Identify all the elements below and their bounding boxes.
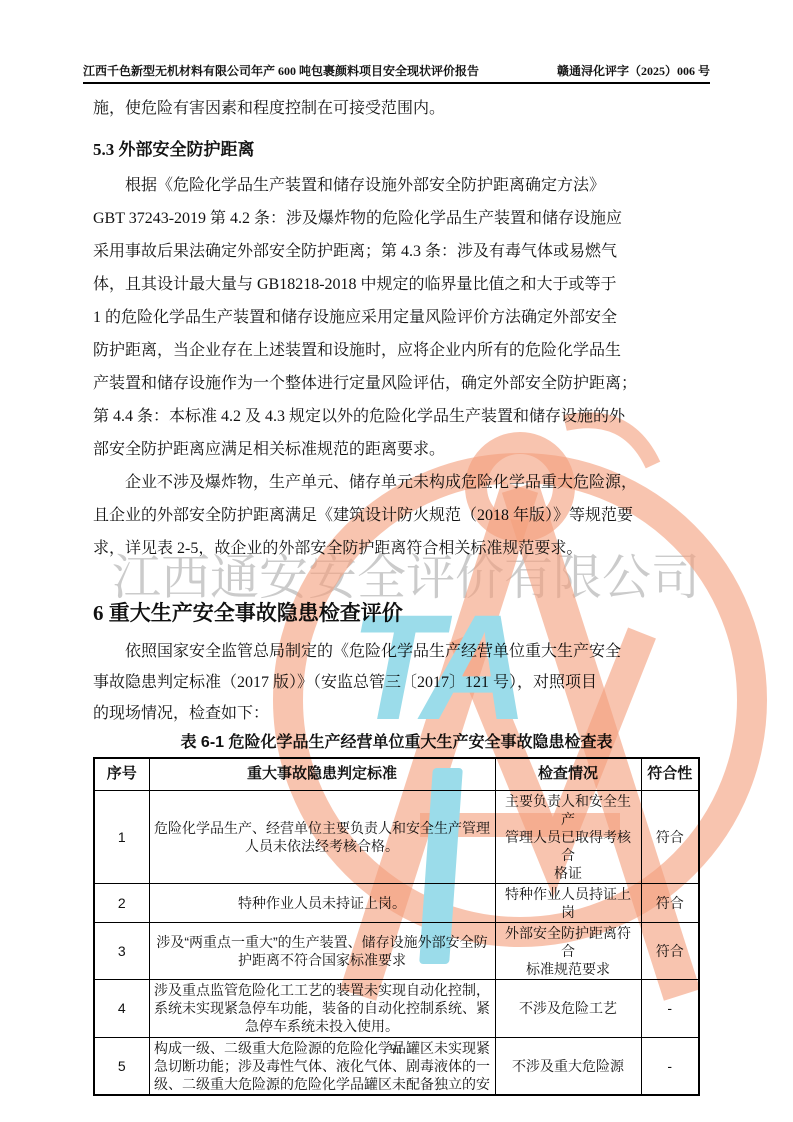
- cell-criteria: 涉及重点监管危险化工工艺的装置未实现自动化控制， 系统未实现紧急停车功能，装备的…: [149, 979, 495, 1037]
- cell-status: 主要负责人和安全生产 管理人员已取得考核合 格证: [495, 790, 641, 883]
- cell-criteria: 危险化学品生产、经营单位主要负责人和安全生产管理 人员未依法经考核合格。: [149, 790, 495, 883]
- table-row: 3 涉及“两重点一重大”的生产装置、储存设施外部安全防 护距离不符合国家标准要求…: [94, 922, 699, 979]
- page-header: 江西千色新型无机材料有限公司年产 600 吨包裹颜料项目安全现状评价报告 赣通浔…: [83, 64, 710, 84]
- table-row: 5 构成一级、二级重大危险源的危险化学品罐区未实现紧 急切断功能；涉及毒性气体、…: [94, 1037, 699, 1095]
- cell-conformity: 符合: [641, 883, 699, 922]
- cell-serial: 3: [94, 922, 149, 979]
- header-document-number: 赣通浔化评字（2025）006 号: [557, 64, 710, 79]
- cell-status: 不涉及重大危险源: [495, 1037, 641, 1095]
- section-5-3-heading: 5.3 外部安全防护距离: [93, 137, 700, 163]
- report-page: 江西千色新型无机材料有限公司年产 600 吨包裹颜料项目安全现状评价报告 赣通浔…: [0, 0, 793, 1122]
- cell-serial: 1: [94, 790, 149, 883]
- table-caption: 表 6-1 危险化学品生产经营单位重大生产安全事故隐患检查表: [93, 731, 700, 755]
- cell-serial: 2: [94, 883, 149, 922]
- paragraph-continuation: 施，使危险有害因素和程度控制在可接受范围内。: [93, 92, 700, 125]
- table-row: 4 涉及重点监管危险化工工艺的装置未实现自动化控制， 系统未实现紧急停车功能，装…: [94, 979, 699, 1037]
- cell-status: 不涉及危险工艺: [495, 979, 641, 1037]
- cell-conformity: 符合: [641, 922, 699, 979]
- col-header-status: 检查情况: [495, 758, 641, 790]
- section-5-3-paragraph-2: 企业不涉及爆炸物，生产单元、储存单元未构成危险化学品重大危险源， 且企业的外部安…: [93, 466, 700, 565]
- col-header-criteria: 重大事故隐患判定标准: [149, 758, 495, 790]
- cell-criteria: 构成一级、二级重大危险源的危险化学品罐区未实现紧 急切断功能；涉及毒性气体、液化…: [149, 1037, 495, 1095]
- table-header-row: 序号 重大事故隐患判定标准 检查情况 符合性: [94, 758, 699, 790]
- section-5-3-paragraph-1: 根据《危险化学品生产装置和储存设施外部安全防护距离确定方法》 GBT 37243…: [93, 169, 700, 466]
- hazard-check-table: 序号 重大事故隐患判定标准 检查情况 符合性 1 危险化学品生产、经营单位主要负…: [93, 757, 700, 1096]
- col-header-serial: 序号: [94, 758, 149, 790]
- table-row: 1 危险化学品生产、经营单位主要负责人和安全生产管理 人员未依法经考核合格。 主…: [94, 790, 699, 883]
- cell-conformity: -: [641, 979, 699, 1037]
- section-6-paragraph-1: 依照国家安全监管总局制定的《危险化学品生产经营单位重大生产安全 事故隐患判定标准…: [93, 636, 700, 729]
- cell-serial: 5: [94, 1037, 149, 1095]
- section-6-heading: 6 重大生产安全事故隐患检查评价: [93, 598, 700, 628]
- table-row: 2 特种作业人员未持证上岗。 特种作业人员持证上岗 符合: [94, 883, 699, 922]
- cell-status: 特种作业人员持证上岗: [495, 883, 641, 922]
- cell-conformity: -: [641, 1037, 699, 1095]
- cell-status: 外部安全防护距离符合 标准规范要求: [495, 922, 641, 979]
- col-header-conformity: 符合性: [641, 758, 699, 790]
- cell-conformity: 符合: [641, 790, 699, 883]
- cell-serial: 4: [94, 979, 149, 1037]
- page-content: 施，使危险有害因素和程度控制在可接受范围内。 5.3 外部安全防护距离 根据《危…: [93, 92, 700, 1096]
- cell-criteria: 特种作业人员未持证上岗。: [149, 883, 495, 922]
- header-report-title: 江西千色新型无机材料有限公司年产 600 吨包裹颜料项目安全现状评价报告: [83, 64, 479, 79]
- cell-criteria: 涉及“两重点一重大”的生产装置、储存设施外部安全防 护距离不符合国家标准要求: [149, 922, 495, 979]
